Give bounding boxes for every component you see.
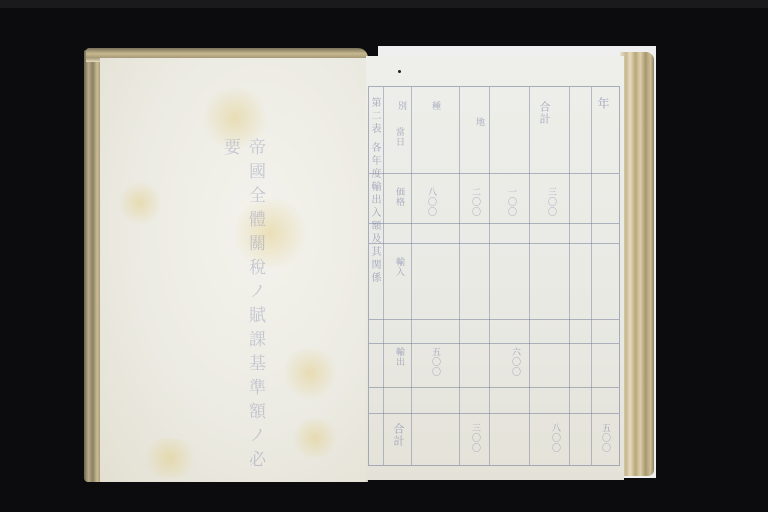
cell-value: 一〇〇 [505, 187, 516, 217]
row-divider [369, 387, 619, 388]
stain [140, 438, 200, 478]
col-divider [591, 87, 592, 465]
stain [120, 178, 160, 228]
row-label: 輸入 [393, 257, 404, 277]
col-divider [529, 87, 530, 465]
header-kind: 種 [429, 101, 440, 111]
ledger-table: 年 合計 地 種 別 第二表 各年度輸出入額及其関係 當日 価格 輸入 輸出 合… [368, 86, 620, 466]
cell-value: 八〇〇 [425, 187, 436, 217]
col-divider [459, 87, 460, 465]
row-divider [369, 243, 619, 244]
col-divider [383, 87, 384, 465]
row-label: 當日 [393, 127, 404, 147]
cell-value: 五〇〇 [429, 347, 440, 377]
header-total: 合計 [539, 101, 550, 125]
right-page-edges [620, 52, 654, 476]
cell-value: 六〇〇 [509, 347, 520, 377]
cell-value: 五〇〇 [599, 423, 610, 453]
row-divider [369, 319, 619, 320]
cell-value: 八〇〇 [549, 423, 560, 453]
col-divider [489, 87, 490, 465]
header-class: 別 [395, 101, 406, 111]
col-divider [569, 87, 570, 465]
row-label: 価格 [393, 187, 404, 207]
stain [280, 348, 340, 398]
left-page: 帝國全體關稅ノ賦課基準額ノ必要 [100, 58, 368, 482]
stain [290, 418, 340, 458]
cell-value: 三〇〇 [469, 423, 480, 453]
bleed-through-text: 帝國全體關稅ノ賦課基準額ノ必要 [218, 138, 268, 482]
col-divider [411, 87, 412, 465]
cell-value: 三〇〇 [545, 187, 556, 217]
ledger-book: 帝國全體關稅ノ賦課基準額ノ必要 年 合計 地 種 別 第二表 各年度輸出入額及其… [0, 0, 768, 512]
row-divider [369, 413, 619, 414]
row-divider [369, 223, 619, 224]
header-place: 地 [473, 117, 484, 127]
row-label: 合計 [393, 423, 404, 447]
cell-value: 二〇〇 [469, 187, 480, 217]
margin-note: 第二表 各年度輸出入額及其関係 [369, 97, 380, 285]
row-label: 輸出 [393, 347, 404, 367]
row-divider [369, 173, 619, 174]
header-year: 年 [597, 97, 608, 110]
row-divider [369, 343, 619, 344]
ink-dot [398, 70, 401, 73]
